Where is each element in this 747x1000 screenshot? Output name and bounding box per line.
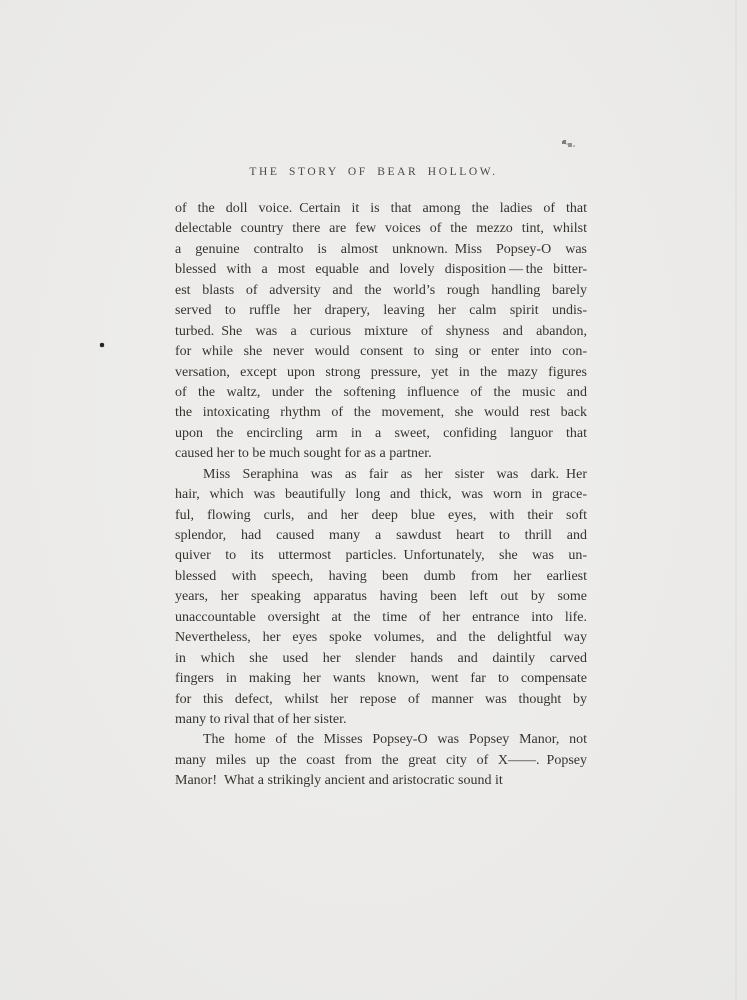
text-line: of the waltz, under the softening influe… bbox=[175, 383, 587, 403]
scan-smudge bbox=[561, 139, 563, 141]
text-line: turbed. She was a curious mixture of shy… bbox=[175, 322, 587, 342]
text-line: the intoxicating rhythm of the movement,… bbox=[175, 403, 587, 423]
scan-edge-artifact bbox=[735, 0, 737, 1000]
text-block: of the doll voice. Certain it is that am… bbox=[175, 199, 587, 792]
text-line: a genuine contralto is almost unknown. M… bbox=[175, 240, 587, 260]
text-line: many miles up the coast from the great c… bbox=[175, 751, 587, 771]
text-line: The home of the Misses Popsey-O was Pops… bbox=[175, 730, 587, 750]
text-line: unaccountable oversight at the time of h… bbox=[175, 608, 587, 628]
text-line: blessed with speech, having been dumb fr… bbox=[175, 567, 587, 587]
text-line: for this defect, whilst her repose of ma… bbox=[175, 690, 587, 710]
text-line: ful, flowing curls, and her deep blue ey… bbox=[175, 506, 587, 526]
book-page: THE STORY OF BEAR HOLLOW. of the doll vo… bbox=[0, 0, 747, 1000]
text-line: of the doll voice. Certain it is that am… bbox=[175, 199, 587, 219]
text-line: fingers in making her wants known, went … bbox=[175, 669, 587, 689]
text-line: est blasts of adversity and the world’s … bbox=[175, 281, 587, 301]
text-line: for while she never would consent to sin… bbox=[175, 342, 587, 362]
text-line: many to rival that of her sister. bbox=[175, 710, 587, 730]
text-line: hair, which was beautifully long and thi… bbox=[175, 485, 587, 505]
text-line: Nevertheless, her eyes spoke volumes, an… bbox=[175, 628, 587, 648]
text-line: in which she used her slender hands and … bbox=[175, 649, 587, 669]
text-line: served to ruffle her drapery, leaving he… bbox=[175, 301, 587, 321]
running-head: THE STORY OF BEAR HOLLOW. bbox=[0, 166, 747, 178]
text-line: years, her speaking apparatus having bee… bbox=[175, 587, 587, 607]
text-line: Manor! What a strikingly ancient and ari… bbox=[175, 771, 587, 791]
text-line: caused her to be much sought for as a pa… bbox=[175, 444, 587, 464]
text-line: quiver to its uttermost particles. Unfor… bbox=[175, 546, 587, 566]
text-line: splendor, had caused many a sawdust hear… bbox=[175, 526, 587, 546]
margin-speck bbox=[100, 343, 104, 347]
text-line: Miss Seraphina was as fair as her sister… bbox=[175, 465, 587, 485]
text-line: versation, except upon strong pressure, … bbox=[175, 363, 587, 383]
text-line: delectable country there are few voices … bbox=[175, 219, 587, 239]
text-line: blessed with a most equable and lovely d… bbox=[175, 260, 587, 280]
text-line: upon the encircling arm in a sweet, conf… bbox=[175, 424, 587, 444]
